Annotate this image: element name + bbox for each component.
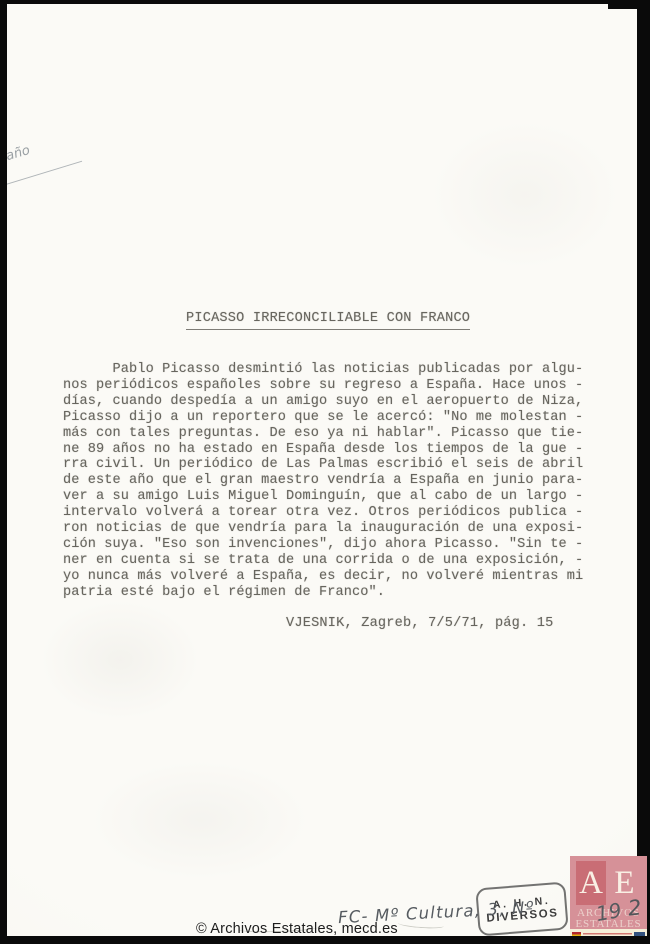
scan-border-top — [0, 0, 650, 4]
logo-letter-e: E — [608, 861, 641, 905]
logo-name-line-1: ARCHIVOS — [570, 908, 647, 919]
document-body-text: Pablo Picasso desmintió las noticias pub… — [63, 362, 583, 601]
scan-border-bottom — [0, 936, 650, 944]
scan-border-left — [0, 0, 7, 944]
ahn-diversos-stamp: A. H. N. DIVERSOS — [475, 882, 568, 937]
logo-letter-a: A — [576, 861, 606, 905]
logo-name-line-2: ESTATALES — [570, 919, 647, 930]
scan-border-right — [637, 0, 650, 944]
document-title: PICASSO IRRECONCILIABLE CON FRANCO — [186, 311, 470, 326]
document-title-text: PICASSO IRRECONCILIABLE CON FRANCO — [186, 311, 470, 330]
archivos-estatales-logo: A E ARCHIVOS ESTATALES — [570, 856, 647, 944]
source-citation: VJESNIK, Zagreb, 7/5/71, pág. 15 — [286, 616, 553, 631]
logo-name: ARCHIVOS ESTATALES — [570, 908, 647, 929]
footer-credit: © Archivos Estatales, mecd.es — [196, 921, 398, 937]
logo-initials: A E — [576, 861, 641, 905]
